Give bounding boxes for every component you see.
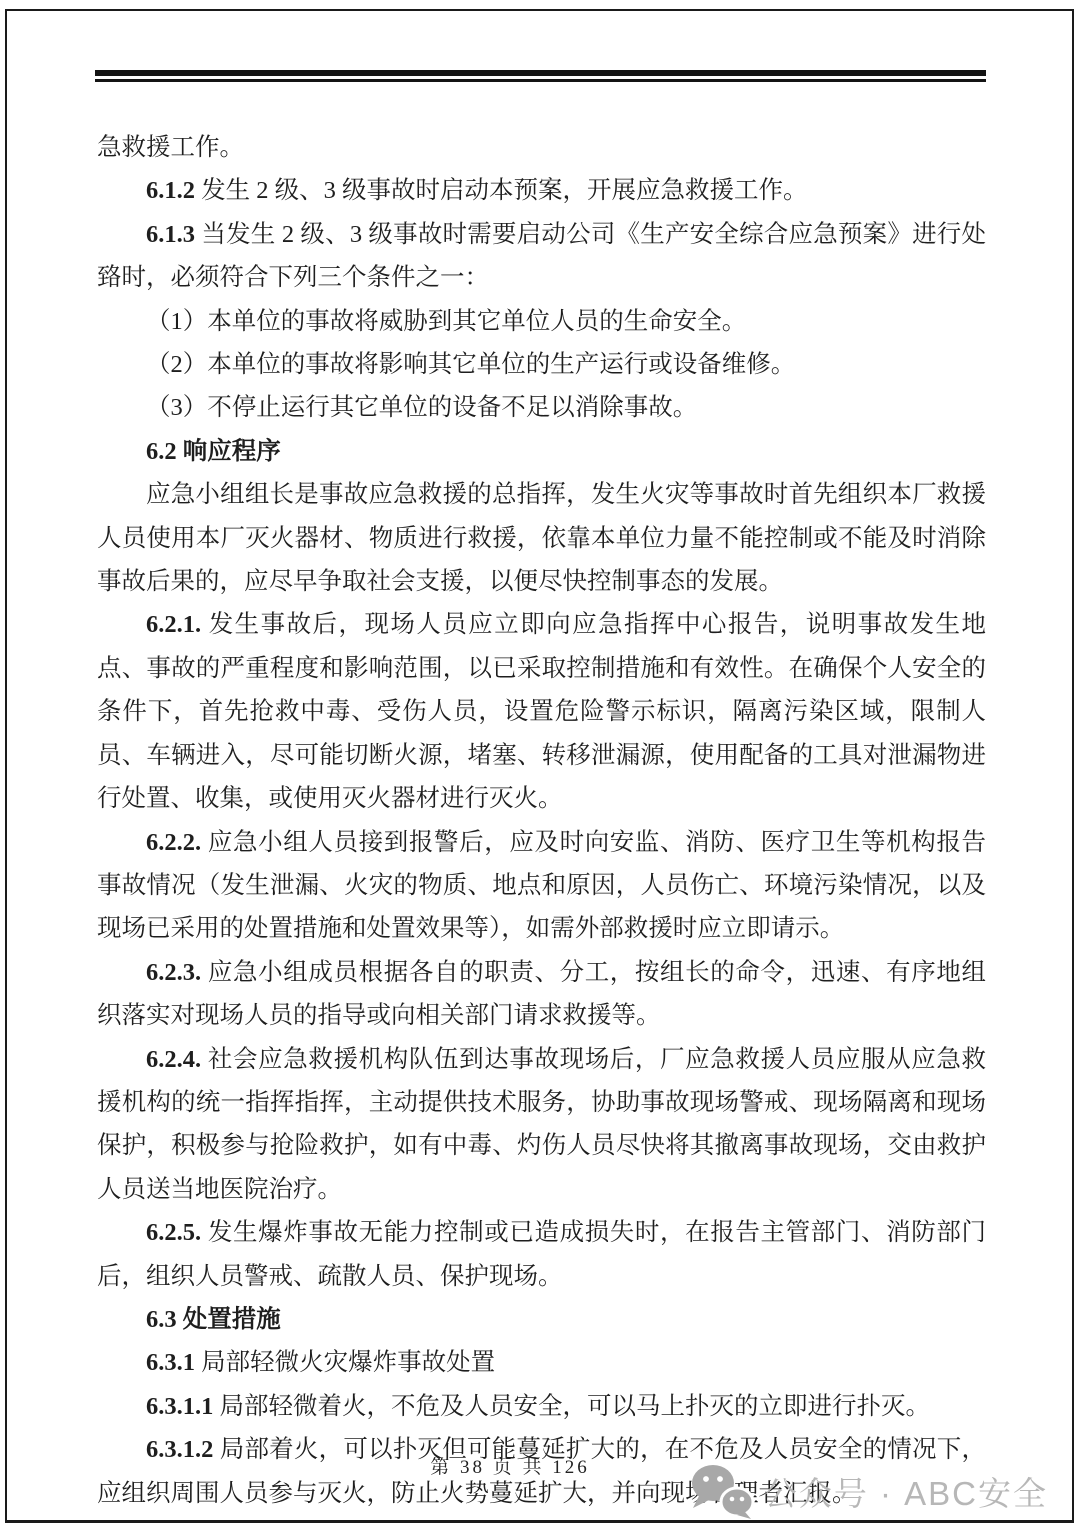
paragraph: 6.1.3 当发生 2 级、3 级事故时需要启动公司《生产安全综合应急预案》进行… xyxy=(97,213,986,300)
section-number: 6.2.2. xyxy=(146,829,208,856)
paragraph-text: 6.2 响应程序 xyxy=(146,438,281,465)
section-number: 6.1.2 xyxy=(146,177,201,204)
section-number: 6.1.3 xyxy=(146,221,201,248)
wechat-icon xyxy=(687,1462,755,1520)
paragraph-text: 6.3 处置措施 xyxy=(146,1306,281,1333)
paragraph-text: 应急小组人员接到报警后，应及时向安监、消防、医疗卫生等机构报告事故情况（发生泄漏… xyxy=(97,829,986,943)
paragraph: 6.2.2. 应急小组人员接到报警后，应及时向安监、消防、医疗卫生等机构报告事故… xyxy=(97,821,986,951)
section-number: 6.3.1 xyxy=(146,1349,201,1376)
section-number: （3） xyxy=(146,394,207,421)
section-number: 6.3.1.1 xyxy=(146,1393,220,1420)
paragraph-text: 当发生 2 级、3 级事故时需要启动公司《生产安全综合应急预案》进行处臵时，必须… xyxy=(97,221,986,291)
paragraph-text: 发生 2 级、3 级事故时启动本预案，开展应急救援工作。 xyxy=(201,177,807,204)
watermark-text: 公众号 · ABC安全 xyxy=(764,1468,1048,1515)
paragraph-text: 急救援工作。 xyxy=(97,134,244,161)
section-number: （1） xyxy=(146,308,207,335)
paragraph: （1）本单位的事故将威胁到其它单位人员的生命安全。 xyxy=(97,300,986,343)
section-heading: 6.3 处置措施 xyxy=(97,1298,986,1341)
paragraph: （3）不停止运行其它单位的设备不足以消除事故。 xyxy=(97,386,986,429)
paragraph-text: 应急小组成员根据各自的职责、分工，按组长的命令，迅速、有序地组织落实对现场人员的… xyxy=(97,959,986,1029)
paragraph-text: 社会应急救援机构队伍到达事故现场后，厂应急救援人员应服从应急救援机构的统一指挥指… xyxy=(97,1046,986,1203)
paragraph-text: 不停止运行其它单位的设备不足以消除事故。 xyxy=(207,394,697,421)
wechat-watermark: 公众号 · ABC安全 xyxy=(687,1462,1048,1520)
section-number: （2） xyxy=(146,351,207,378)
paragraph: 6.2.1. 发生事故后，现场人员应立即向应急指挥中心报告，说明事故发生地点、事… xyxy=(97,603,986,820)
section-number: 6.2.1. xyxy=(146,611,209,638)
paragraph: 6.2.4. 社会应急救援机构队伍到达事故现场后，厂应急救援人员应服从应急救援机… xyxy=(97,1038,986,1212)
paragraph: 应急小组组长是事故应急救援的总指挥，发生火灾等事故时首先组织本厂救援人员使用本厂… xyxy=(97,473,986,603)
paragraph-text: 本单位的事故将影响其它单位的生产运行或设备维修。 xyxy=(207,351,795,378)
paragraph-text: 局部轻微火灾爆炸事故处置 xyxy=(201,1349,495,1376)
paragraph: 6.3.1.1 局部轻微着火，不危及人员安全，可以马上扑灭的立即进行扑灭。 xyxy=(97,1385,986,1428)
document-body: 急救援工作。6.1.2 发生 2 级、3 级事故时启动本预案，开展应急救援工作。… xyxy=(97,126,986,1515)
paragraph: 6.2.5. 发生爆炸事故无能力控制或已造成损失时，在报告主管部门、消防部门后，… xyxy=(97,1211,986,1298)
header-rule xyxy=(95,70,986,82)
paragraph: 6.3.1 局部轻微火灾爆炸事故处置 xyxy=(97,1341,986,1384)
paragraph: 6.2.3. 应急小组成员根据各自的职责、分工，按组长的命令，迅速、有序地组织落… xyxy=(97,951,986,1038)
paragraph-text: 应急小组组长是事故应急救援的总指挥，发生火灾等事故时首先组织本厂救援人员使用本厂… xyxy=(97,481,986,595)
section-number: 6.2.4. xyxy=(146,1046,208,1073)
section-number: 6.2.3. xyxy=(146,959,208,986)
section-number: 6.2.5. xyxy=(146,1219,208,1246)
paragraph-text: 局部轻微着火，不危及人员安全，可以马上扑灭的立即进行扑灭。 xyxy=(220,1393,931,1420)
section-heading: 6.2 响应程序 xyxy=(97,430,986,473)
paragraph: 6.1.2 发生 2 级、3 级事故时启动本预案，开展应急救援工作。 xyxy=(97,169,986,212)
paragraph-text: 发生爆炸事故无能力控制或已造成损失时，在报告主管部门、消防部门后，组织人员警戒、… xyxy=(97,1219,986,1289)
paragraph-text: 本单位的事故将威胁到其它单位人员的生命安全。 xyxy=(207,308,746,335)
paragraph: 急救援工作。 xyxy=(97,126,986,169)
paragraph-text: 发生事故后，现场人员应立即向应急指挥中心报告，说明事故发生地点、事故的严重程度和… xyxy=(97,611,986,812)
paragraph: （2）本单位的事故将影响其它单位的生产运行或设备维修。 xyxy=(97,343,986,386)
